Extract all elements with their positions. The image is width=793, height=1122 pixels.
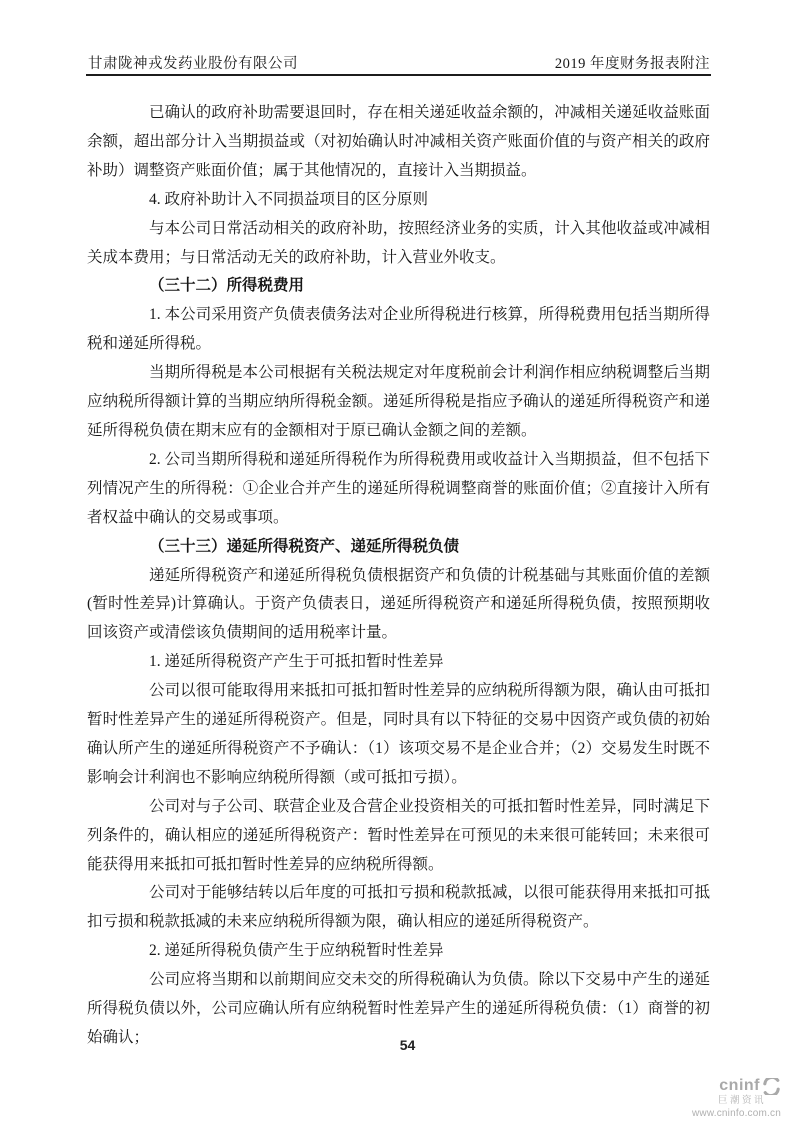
body-paragraph: 已确认的政府补助需要退回时，存在相关递延收益余额的，冲减相关递延收益账面余额，超… [87,99,710,186]
section-heading: （三十二）所得税费用 [87,272,710,301]
body-paragraph: 4. 政府补助计入不同损益项目的区分原则 [87,186,710,215]
cninfo-swirl-icon [762,1078,781,1095]
page-header: 甘肃陇神戎发药业股份有限公司 2019 年度财务报表附注 [88,52,710,73]
body-paragraph: 1. 递延所得税资产产生于可抵扣暂时性差异 [87,648,710,677]
body-paragraph: 递延所得税资产和递延所得税负债根据资产和负债的计税基础与其账面价值的差额(暂时性… [87,562,710,649]
cninfo-watermark: cninf 巨潮资讯 www.cninfo.com.cn [692,1077,781,1120]
header-company-name: 甘肃陇神戎发药业股份有限公司 [88,52,298,73]
body-paragraph: 当期所得税是本公司根据有关税法规定对年度税前会计利润作相应纳税调整后当期应纳税所… [87,359,710,446]
header-divider [86,74,711,76]
page-number: 54 [96,1037,719,1053]
body-paragraph: 1. 本公司采用资产负债表债务法对企业所得税进行核算，所得税费用包括当期所得税和… [87,301,710,359]
header-doc-title: 2019 年度财务报表附注 [555,52,710,73]
cninfo-logo-text: cninf [719,1077,760,1095]
body-paragraph: 2. 递延所得税负债产生于应纳税暂时性差异 [87,937,710,966]
body-paragraph: 公司对与子公司、联营企业及合营企业投资相关的可抵扣暂时性差异，同时满足下列条件的… [87,793,710,880]
body-paragraph: 2. 公司当期所得税和递延所得税作为所得税费用或收益计入当期损益，但不包括下列情… [87,446,710,533]
cninfo-chinese-name: 巨潮资讯 [692,1096,766,1107]
body-paragraph: 公司以很可能取得用来抵扣可抵扣暂时性差异的应纳税所得额为限，确认由可抵扣暂时性差… [87,677,710,793]
cninfo-url: www.cninfo.com.cn [692,1108,781,1120]
cninfo-logo: cninf [692,1077,781,1095]
document-page: 甘肃陇神戎发药业股份有限公司 2019 年度财务报表附注 已确认的政府补助需要退… [0,0,793,1122]
document-body: 已确认的政府补助需要退回时，存在相关递延收益余额的，冲减相关递延收益账面余额，超… [87,99,710,1053]
body-paragraph: 与本公司日常活动相关的政府补助，按照经济业务的实质，计入其他收益或冲减相关成本费… [87,215,710,273]
section-heading: （三十三）递延所得税资产、递延所得税负债 [87,533,710,562]
body-paragraph: 公司对于能够结转以后年度的可抵扣亏损和税款抵减，以很可能获得用来抵扣可抵扣亏损和… [87,879,710,937]
